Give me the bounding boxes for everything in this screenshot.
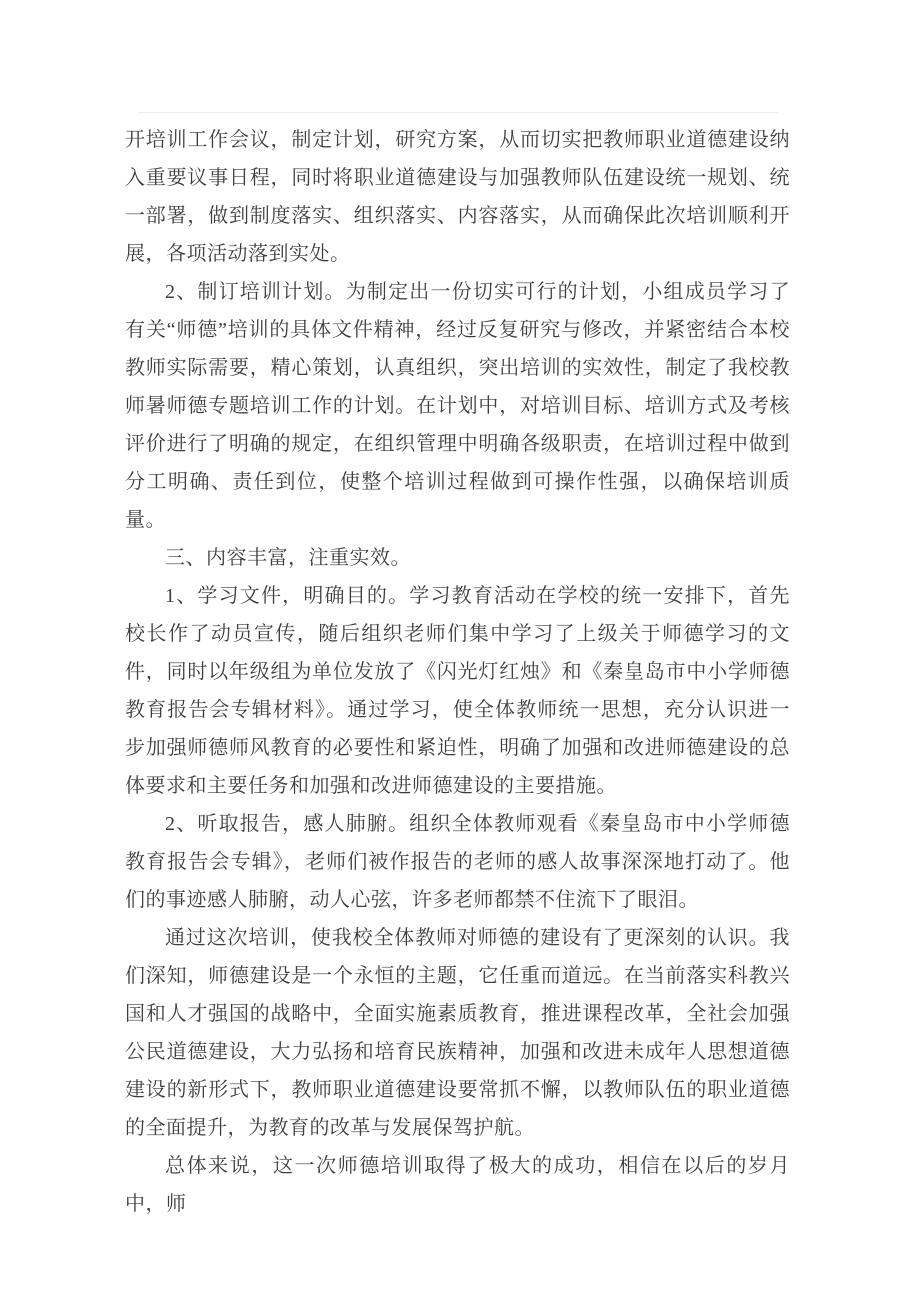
document-body: 开培训工作会议，制定计划，研究方案，从而切实把教师职业道德建设纳入重要议事日程，…	[125, 121, 790, 1223]
document-page: 开培训工作会议，制定计划，研究方案，从而切实把教师职业道德建设纳入重要议事日程，…	[0, 0, 920, 1302]
paragraph: 总体来说，这一次师德培训取得了极大的成功，相信在以后的岁月中，师	[125, 1147, 790, 1223]
paragraph: 2、制订培训计划。为制定出一份切实可行的计划，小组成员学习了有关“师德”培训的具…	[125, 273, 790, 539]
paragraph: 2、听取报告，感人肺腑。组织全体教师观看《秦皇岛市中小学师德教育报告会专辑》，老…	[125, 805, 790, 919]
text-boundary-line	[138, 112, 778, 113]
paragraph: 通过这次培训，使我校全体教师对师德的建设有了更深刻的认识。我们深知，师德建设是一…	[125, 919, 790, 1147]
paragraph: 三、内容丰富，注重实效。	[125, 539, 790, 577]
paragraph: 1、学习文件，明确目的。学习教育活动在学校的统一安排下，首先校长作了动员宣传，随…	[125, 577, 790, 805]
paragraph: 开培训工作会议，制定计划，研究方案，从而切实把教师职业道德建设纳入重要议事日程，…	[125, 121, 790, 273]
